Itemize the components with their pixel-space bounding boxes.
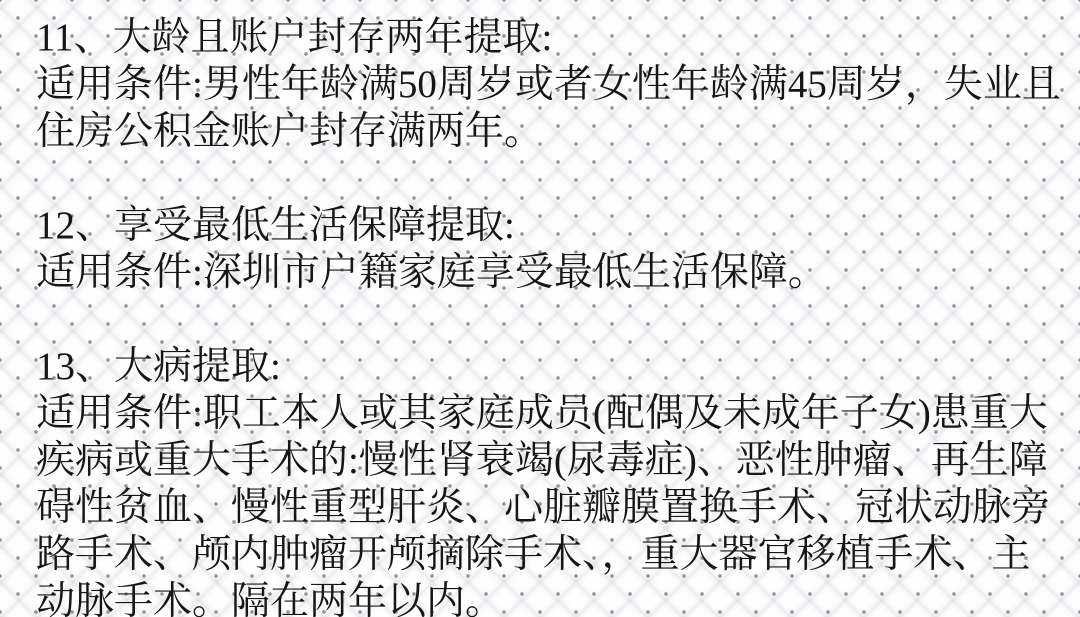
text-line: 路手术、颅内肿瘤开颅摘除手术、，重大器官移植手术、主: [36, 531, 1066, 578]
text-line: 碍性贫血、慢性重型肝炎、心脏瓣膜置换手术、冠状动脉旁: [36, 484, 1066, 531]
section-heading: 12、享受最低生活保障提取:: [36, 202, 1066, 249]
section-13: 13、大病提取: 适用条件:职工本人或其家庭成员(配偶及未成年子女)患重大 疾病…: [36, 343, 1066, 617]
text-line: 适用条件:男性年龄满50周岁或者女性年龄满45周岁，失业且: [36, 61, 1066, 108]
section-heading: 11、大龄且账户封存两年提取:: [36, 14, 1066, 61]
text-line: 适用条件:深圳市户籍家庭享受最低生活保障。: [36, 249, 1066, 296]
text-line: 住房公积金账户封存满两年。: [36, 108, 1066, 155]
document-text-block: 11、大龄且账户封存两年提取: 适用条件:男性年龄满50周岁或者女性年龄满45周…: [36, 14, 1066, 617]
text-line: 动脉手术。隔在两年以内。: [36, 578, 1066, 617]
text-line: 疾病或重大手术的:慢性肾衰竭(尿毒症)、恶性肿瘤、再生障: [36, 437, 1066, 484]
text-line: 适用条件:职工本人或其家庭成员(配偶及未成年子女)患重大: [36, 390, 1066, 437]
section-heading: 13、大病提取:: [36, 343, 1066, 390]
section-12: 12、享受最低生活保障提取: 适用条件:深圳市户籍家庭享受最低生活保障。: [36, 202, 1066, 296]
document-page: { "page": { "kind": "scanned-text-docume…: [0, 0, 1080, 617]
section-11: 11、大龄且账户封存两年提取: 适用条件:男性年龄满50周岁或者女性年龄满45周…: [36, 14, 1066, 155]
